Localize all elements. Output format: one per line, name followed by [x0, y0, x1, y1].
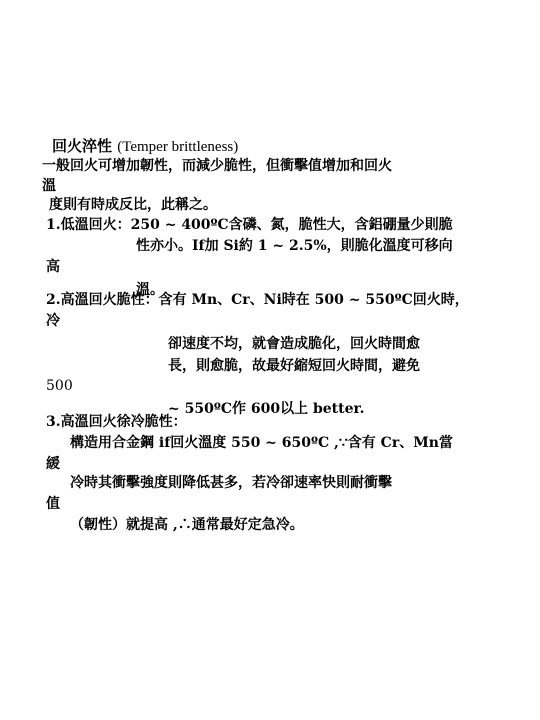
text-line: 構造用合金鋼 if回火溫度 550 ~ 650ºC ,∵含有 Cr、Mn當: [70, 434, 453, 452]
text-line: 性亦小。If加 Si約 1 ~ 2.5%，則脆化溫度可移向: [136, 237, 453, 255]
text-line: 卻速度不均，就會造成脆化，回火時間愈: [168, 335, 420, 353]
title-chinese: 回火淬性: [52, 137, 112, 155]
text-line: 3.高溫回火徐冷脆性：: [46, 413, 187, 431]
text-line: （韌性）就提高 ,∴通常最好定急冷。: [70, 516, 304, 534]
text-line: 值: [46, 495, 60, 513]
text-line: 度則有時成反比，此稱之。: [49, 196, 217, 214]
text-line: 冷時其衝擊強度則降低甚多，若冷卻速率快則耐衝擊: [70, 474, 392, 492]
text-line: 長，則愈脆，故最好縮短回火時間，避免: [168, 357, 420, 375]
text-line: ~ 550ºC作 600以上 better.: [168, 400, 364, 418]
text-line: 冷: [46, 312, 60, 330]
text-line: 一般回火可增加韌性，而減少脆性，但衝擊值增加和回火: [42, 157, 392, 175]
text-line: 高: [46, 258, 60, 276]
slide-title: 回火淬性 (Temper brittleness): [52, 137, 238, 156]
text-line: 2.高溫回火脆性：含有 Mn、Cr、Ni時在 500 ~ 550ºC回火時，: [46, 291, 469, 309]
title-english: (Temper brittleness): [117, 139, 238, 155]
text-line: 溫: [42, 177, 56, 195]
text-line: 緩: [46, 455, 60, 473]
text-line: 500: [46, 377, 73, 395]
text-line: 1.低溫回火：250 ~ 400ºC含磷、氮，脆性大，含鋁硼量少則脆: [46, 216, 453, 234]
